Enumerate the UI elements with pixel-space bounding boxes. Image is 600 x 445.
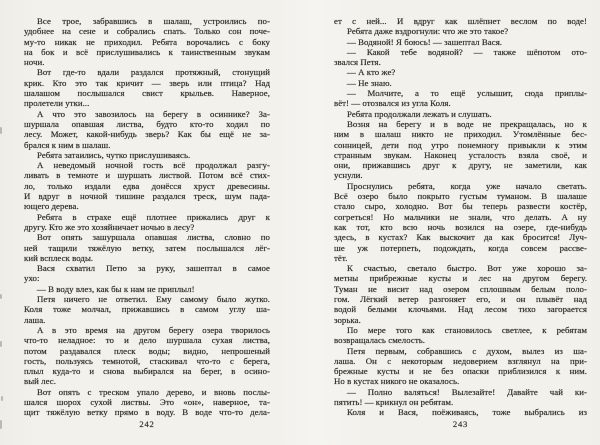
text-line: брежные кусты и не без опаски приблизилс… [334,366,587,376]
text-line: Туман не висит над озером сплошным белым… [334,284,587,294]
text-line: Вот опять зашуршала опавшая листва, слов… [24,232,270,242]
page-number-right: 243 [334,419,587,430]
text-line: странным звукам. Наконец усталость взяла… [334,150,587,160]
text-line: лесу. Может, какой-нибудь зверь? Как бы … [24,129,270,139]
text-line: возвращалась смелость. [334,335,587,345]
text-line: шалашом послышался свист крыльев. Наверн… [24,88,270,98]
text-line: метны прибрежные кусты и лес на другом б… [334,273,587,283]
text-line: лаша. Он с некоторым недоверием взглянул… [334,356,587,366]
text-line: согреться! Но мальчики не знали, что дел… [334,212,587,222]
text-line: Вася схватил Петю за руку, зашептал в са… [24,263,270,273]
text-line: Ребята даже вздрогнули: что же это такое… [334,26,587,36]
page-number-left: 242 [24,419,270,430]
text-line: тёт. [334,253,587,263]
text-line: Все трое, забравшись в шалаш, устроились… [24,16,270,26]
text-line: ло, только издали едва донёсся хруст дре… [24,181,270,191]
text-line: Коля тоже молчал, прижавшись в самом угл… [24,304,270,314]
scan-mark [0,127,2,134]
text-line: пятить! — крикнул он ребятам. [334,397,587,407]
text-line: ночи. [24,57,270,67]
text-line: А что это завозилось на берегу в осинник… [24,109,270,119]
text-line: А неведомый ночной гость всё продолжал р… [24,160,270,170]
text-line: Всё озеро было покрыто густым туманом. В… [334,191,587,201]
text-line: По мере того как становилось светлее, к … [334,325,587,335]
text-line: шуршала опавшая листва, будто кто-то ход… [24,119,270,129]
text-line: что-то неладное: то и дело шуршала сухая… [24,335,270,345]
scan-mark [0,341,2,347]
text-line: му-то никак не приходил. Ребята ворочали… [24,37,270,47]
text-line: — Не знаю. [334,78,587,88]
text-line: — В воду влез, как бы к нам не приплыл! [24,284,270,294]
text-line: ним в шалаш никто не приходил. Утомлённы… [334,129,587,139]
text-line: Ребята в страхе ещё плотнее прижались др… [24,212,270,222]
text-line: Вот где-то вдали раздался протяжный, сто… [24,67,270,77]
text-line: Петя первым, собравшись с духом, вылез и… [334,346,587,356]
text-line: другу. Кто же это хозяйничает ночью в ле… [24,222,270,232]
text-line: — Полно валяться! Вылезайте! Давайте чай… [334,387,587,397]
text-line: ухо: [24,273,270,283]
text-line: ет с ней... И вдруг как шлёпнет веслом п… [334,16,587,26]
text-line: Проснулись ребята, когда уже начало свет… [334,181,587,191]
text-line: они, прижавшись друг к другу, не заметил… [334,160,587,170]
text-line: вёт! — отозвался из угла Коля. [334,98,587,108]
text-line: потом раздавался плеск воды; видно, непр… [24,346,270,356]
text-line: гость, пользуясь темнотой, стаскивал что… [24,356,270,366]
text-line: Вот опять с треском упало дерево, и внов… [24,387,270,397]
text-line: звался Петя. [334,57,587,67]
page-left-text-block: Все трое, забравшись в шалаш, устроились… [24,16,270,418]
text-line: зорька. [334,315,587,325]
text-line: кий всплеск воды. [24,253,270,263]
text-line: водой белыми клочьями. Над лесом тихо за… [334,304,587,314]
text-line: ющего дерева. [24,201,270,211]
text-line: Петя ничего не ответил. Ему самому было … [24,294,270,304]
text-line: здесь, в кустах? Как выскочит да как бро… [334,232,587,242]
text-line: брался к ним в шалаш. [24,140,270,150]
text-line: щит тяжёлую ветку прямо в воду. В воде ч… [24,407,270,417]
text-line: ливать в темноте и шуршать листвой. Пото… [24,170,270,180]
text-line: К счастью, светало быстро. Вот уже хорош… [334,263,587,273]
text-line: ней тащили тяжёлую ветку, затем послышал… [24,243,270,253]
text-line: — А кто же? [334,67,587,77]
text-line: И вдруг в ночной тишине раздался треск, … [24,191,270,201]
text-line: стало сыро, холодно. Вот бы теперь разве… [334,201,587,211]
text-line: как тот, кто всю ночь возился на озере, … [334,222,587,232]
text-line: — Молчите, а то ещё услышит, сюда приплы… [334,88,587,98]
text-line: Ребята затаились, чутко прислушиваясь. [24,150,270,160]
text-line: гом. Лёгкий ветер разгоняет его, и он пл… [334,294,587,304]
text-line: Ребята продолжали лежать и слушать. [334,109,587,119]
text-line: на бок и всё прислушивались к таинственн… [24,47,270,57]
text-line: крик. Кто это так кричит — зверь или пти… [24,78,270,88]
text-line: ше уж потерпеть, подождать, когда совсем… [334,243,587,253]
text-line: сонницей, дети под утро понемногу привык… [334,140,587,150]
text-line: Коля и Вася, поёживаясь, тоже выбрались … [334,407,587,417]
scan-mark [1,396,3,401]
text-line: Возня на берегу и в воде не прекращалась… [334,119,587,129]
text-line: Но в кустах никого не оказалось. [334,376,587,386]
text-line: уснули. [334,170,587,180]
text-line: плыл куда-то и снова выбирался на берег,… [24,366,270,376]
scan-mark [0,420,2,429]
scan-mark [0,294,2,299]
book-spread: Все трое, забравшись в шалаш, устроились… [0,0,600,445]
text-line: вый лес. [24,376,270,386]
text-line: А в это время на другом берегу озера тво… [24,325,270,335]
text-line: пролетели утки... [24,98,270,108]
text-line: шался шорох сухой листвы. Это «он», наве… [24,397,270,407]
text-line: удобнее на сене и собрались спать. Тольк… [24,26,270,36]
page-right-text-block: ет с ней... И вдруг как шлёпнет веслом п… [334,16,587,418]
text-line: — Водяной! Я боюсь! — зашептал Вася. [334,37,587,47]
text-line: — Какой тебе водяной? — также шёпотом от… [334,47,587,57]
text-line: лаша. [24,315,270,325]
